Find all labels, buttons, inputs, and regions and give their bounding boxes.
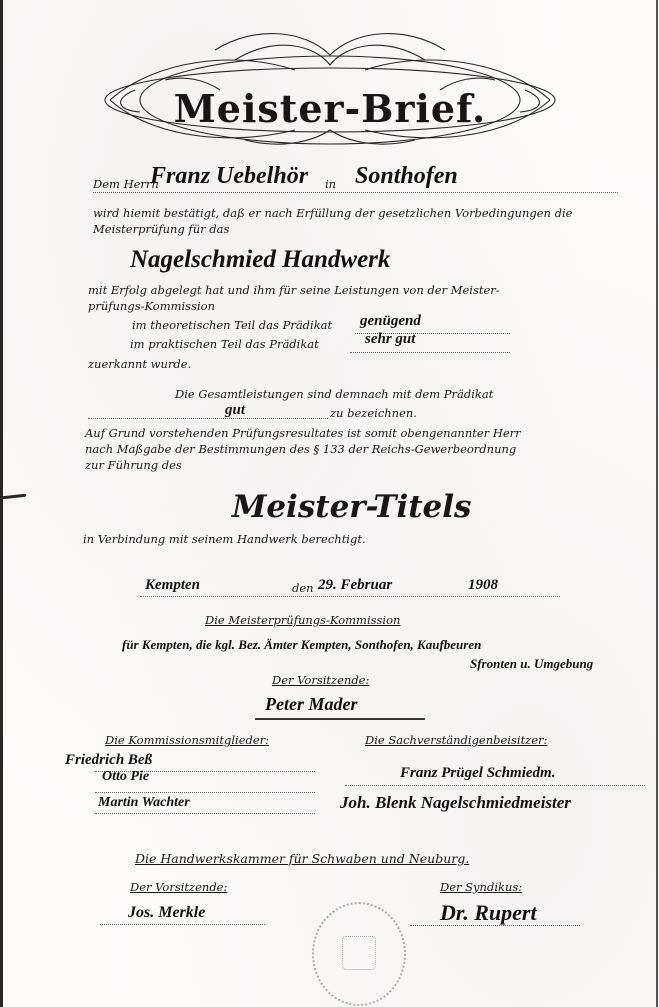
theory-label: im theoretischen Teil das Prädikat [132, 318, 332, 332]
title-ornament: Meister-Brief. [95, 20, 565, 150]
commission-chair-label: Der Vorsitzende: [272, 673, 369, 687]
overall-rule [88, 418, 328, 419]
recipient-prefix: Dem Herrn [93, 177, 159, 191]
recipient-rule [93, 192, 618, 193]
member-signature-2: Otto Pie [102, 769, 149, 785]
basis-line-3: zur Führung des [85, 458, 182, 472]
member-signature-3: Martin Wachter [98, 795, 190, 811]
overall-grade: gut [225, 402, 245, 419]
practical-label: im praktischen Teil das Prädikat [130, 337, 319, 351]
entitled-line: in Verbindung mit seinem Handwerk berech… [83, 532, 366, 546]
syndic-signature: Dr. Rupert [440, 900, 537, 926]
basis-line-1: Auf Grund vorstehenden Prüfungsresultate… [85, 426, 521, 440]
location-prefix: in [325, 177, 336, 191]
document-title: Meister-Brief. [95, 86, 565, 131]
commission-chair-signature: Peter Mader [265, 694, 357, 715]
recipient-name: Franz Uebelhör [150, 163, 308, 190]
commission-chair-rule [255, 718, 425, 720]
passed-line-1: mit Erfolg abgelegt hat und ihm für sein… [88, 283, 500, 297]
page-right-edge [656, 0, 658, 1007]
commission-jurisdiction-1: für Kempten, die kgl. Bez. Ämter Kempten… [122, 637, 481, 653]
date-rule [140, 596, 560, 597]
practical-rule [350, 352, 510, 353]
awarded-text: zuerkannt wurde. [88, 357, 191, 371]
member-rule-3 [95, 813, 315, 814]
member-signature-1: Friedrich Beß [65, 752, 152, 769]
chamber-chair-signature: Jos. Merkle [128, 904, 205, 922]
chamber-heading: Die Handwerkskammer für Schwaben und Neu… [135, 851, 469, 866]
official-seal-stamp-icon [312, 902, 406, 1006]
commission-jurisdiction-2: Sfronten u. Umgebung [470, 656, 593, 672]
page-left-edge [0, 0, 3, 1007]
place: Kempten [145, 577, 200, 594]
expert-rule-1 [345, 785, 645, 786]
chamber-chair-rule [100, 924, 265, 925]
commission-heading: Die Meisterprüfungs-Kommission [205, 613, 400, 627]
theory-grade: genügend [360, 313, 421, 330]
members-label: Die Kommissionsmitglieder: [105, 733, 269, 747]
year: 1908 [468, 577, 498, 594]
syndic-rule [410, 925, 580, 926]
expert-signature-1: Franz Prügel Schmiedm. [400, 765, 555, 782]
confirmation-line-1: wird hiemit bestätigt, daß er nach Erfül… [93, 206, 572, 220]
basis-line-2: nach Maßgabe der Bestimmungen des § 133 … [85, 442, 516, 456]
practical-grade: sehr gut [365, 331, 415, 348]
member-rule-2 [95, 792, 315, 793]
master-title: Meister-Titels [232, 489, 472, 525]
date: 29. Februar [318, 577, 392, 594]
seal-emblem-icon [342, 936, 376, 970]
confirmation-line-2: Meisterprüfung für das [93, 222, 229, 236]
recipient-location: Sonthofen [355, 163, 458, 190]
trade-name: Nagelschmied Handwerk [130, 246, 390, 274]
certificate-page: Meister-Brief. Dem Herrn Franz Uebelhör … [0, 0, 659, 1007]
expert-signature-2: Joh. Blenk Nagelschmiedmeister [340, 793, 571, 813]
overall-suffix: zu bezeichnen. [330, 406, 417, 420]
syndic-label: Der Syndikus: [440, 880, 522, 894]
passed-line-2: prüfungs-Kommission [88, 299, 215, 313]
overall-line: Die Gesamtleistungen sind demnach mit de… [175, 387, 493, 401]
experts-label: Die Sachverständigenbeisitzer: [365, 733, 547, 747]
page-tear-mark [2, 494, 26, 499]
date-prefix: den [292, 581, 314, 595]
chamber-chair-label: Der Vorsitzende: [130, 880, 227, 894]
